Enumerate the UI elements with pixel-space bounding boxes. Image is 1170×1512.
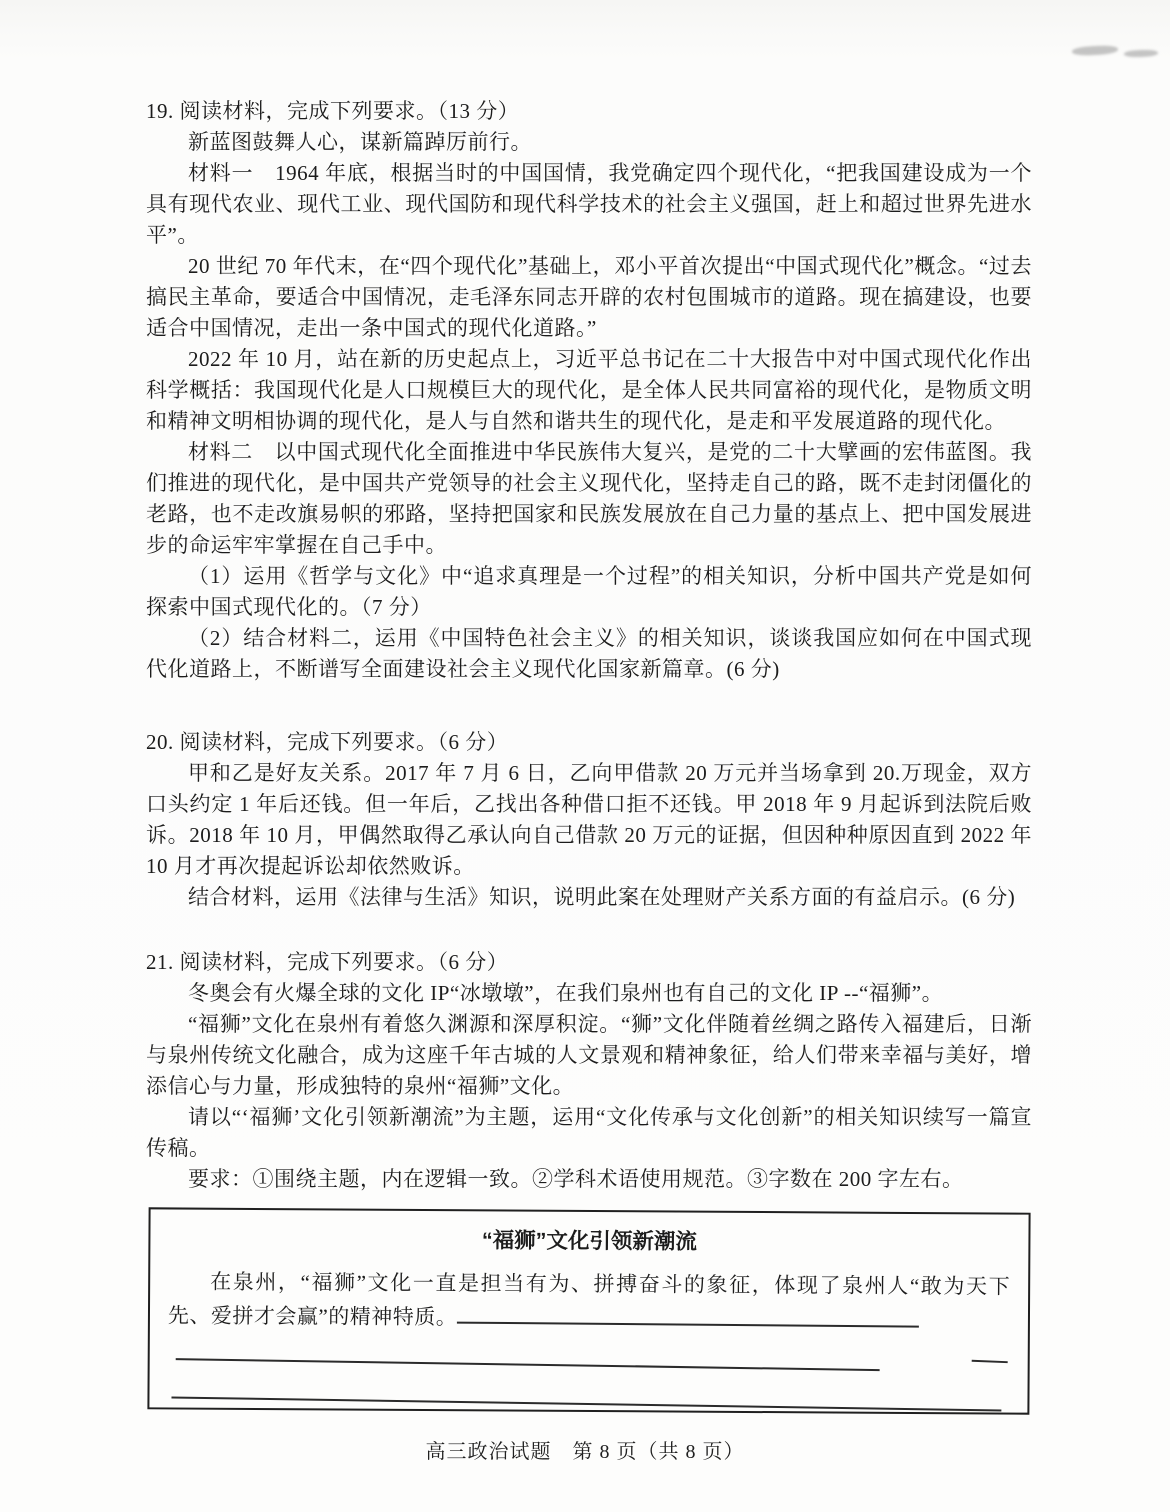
page-footer: 高三政治试题 第 8 页（共 8 页）	[0, 1435, 1170, 1464]
question-19-subquestion-1: （1）运用《哲学与文化》中“追求真理是一个过程”的相关知识，分析中国共产党是如何…	[146, 561, 1032, 623]
answer-box-paragraph: 在泉州，“福狮”文化一直是担当有为、拼搏奋斗的象征，体现了泉州人“敢为天下先、爱…	[168, 1264, 1010, 1337]
question-21-paragraph-2: “福狮”文化在泉州有着悠久渊源和深厚积淀。“狮”文化伴随着丝绸之路传入福建后，日…	[146, 1009, 1032, 1102]
answer-blank-line-2-dash	[972, 1360, 1008, 1363]
question-21-paragraph-1: 冬奥会有火爆全球的文化 IP“冰墩墩”，在我们泉州也有自己的文化 IP --“福…	[146, 978, 1032, 1009]
question-19-paragraph-deng: 20 世纪 70 年代末，在“四个现代化”基础上，邓小平首次提出“中国式现代化”…	[146, 251, 1032, 344]
question-20-heading: 20. 阅读材料，完成下列要求。（6 分）	[146, 727, 1032, 758]
answer-blank-line-3	[171, 1396, 1001, 1411]
question-21-requirements: 要求：①围绕主题，内在逻辑一致。②学科术语使用规范。③字数在 200 字左右。	[146, 1164, 1032, 1195]
answer-box: “福狮”文化引领新潮流 在泉州，“福狮”文化一直是担当有为、拼搏奋斗的象征，体现…	[147, 1207, 1030, 1414]
answer-box-title: “福狮”文化引领新潮流	[168, 1223, 1010, 1258]
question-21-paragraph-3: 请以“‘福狮’文化引领新潮流”为主题，运用“文化传承与文化创新”的相关知识续写一…	[146, 1102, 1032, 1164]
question-19-material-1: 材料一 1964 年底，根据当时的中国国情，我党确定四个现代化，“把我国建设成为…	[146, 158, 1032, 251]
question-21-heading: 21. 阅读材料，完成下列要求。（6 分）	[146, 947, 1032, 978]
question-20-case: 甲和乙是好友关系。2017 年 7 月 6 日，乙向甲借款 20 万元并当场拿到…	[146, 758, 1032, 882]
exam-page: 19. 阅读材料，完成下列要求。（13 分） 新蓝图鼓舞人心，谋新篇踔厉前行。 …	[0, 0, 1170, 1512]
scan-smudge-mark	[1124, 49, 1158, 57]
question-19-intro: 新蓝图鼓舞人心，谋新篇踔厉前行。	[146, 127, 1032, 158]
answer-blank-line-2	[176, 1358, 880, 1371]
question-19-paragraph-2022: 2022 年 10 月，站在新的历史起点上，习近平总书记在二十大报告中对中国式现…	[146, 344, 1032, 437]
question-19-subquestion-2: （2）结合材料二，运用《中国特色社会主义》的相关知识，谈谈我国应如何在中国式现代…	[146, 623, 1032, 685]
question-19-heading: 19. 阅读材料，完成下列要求。（13 分）	[146, 96, 1032, 127]
question-19-material-2: 材料二 以中国式现代化全面推进中华民族伟大复兴，是党的二十大擘画的宏伟蓝图。我们…	[146, 437, 1032, 561]
question-20-task: 结合材料，运用《法律与生活》知识，说明此案在处理财产关系方面的有益启示。(6 分…	[146, 882, 1032, 913]
answer-blank-line-1	[457, 1309, 919, 1328]
scan-smudge-mark	[1072, 45, 1118, 56]
exam-content: 19. 阅读材料，完成下列要求。（13 分） 新蓝图鼓舞人心，谋新篇踔厉前行。 …	[146, 96, 1032, 1412]
